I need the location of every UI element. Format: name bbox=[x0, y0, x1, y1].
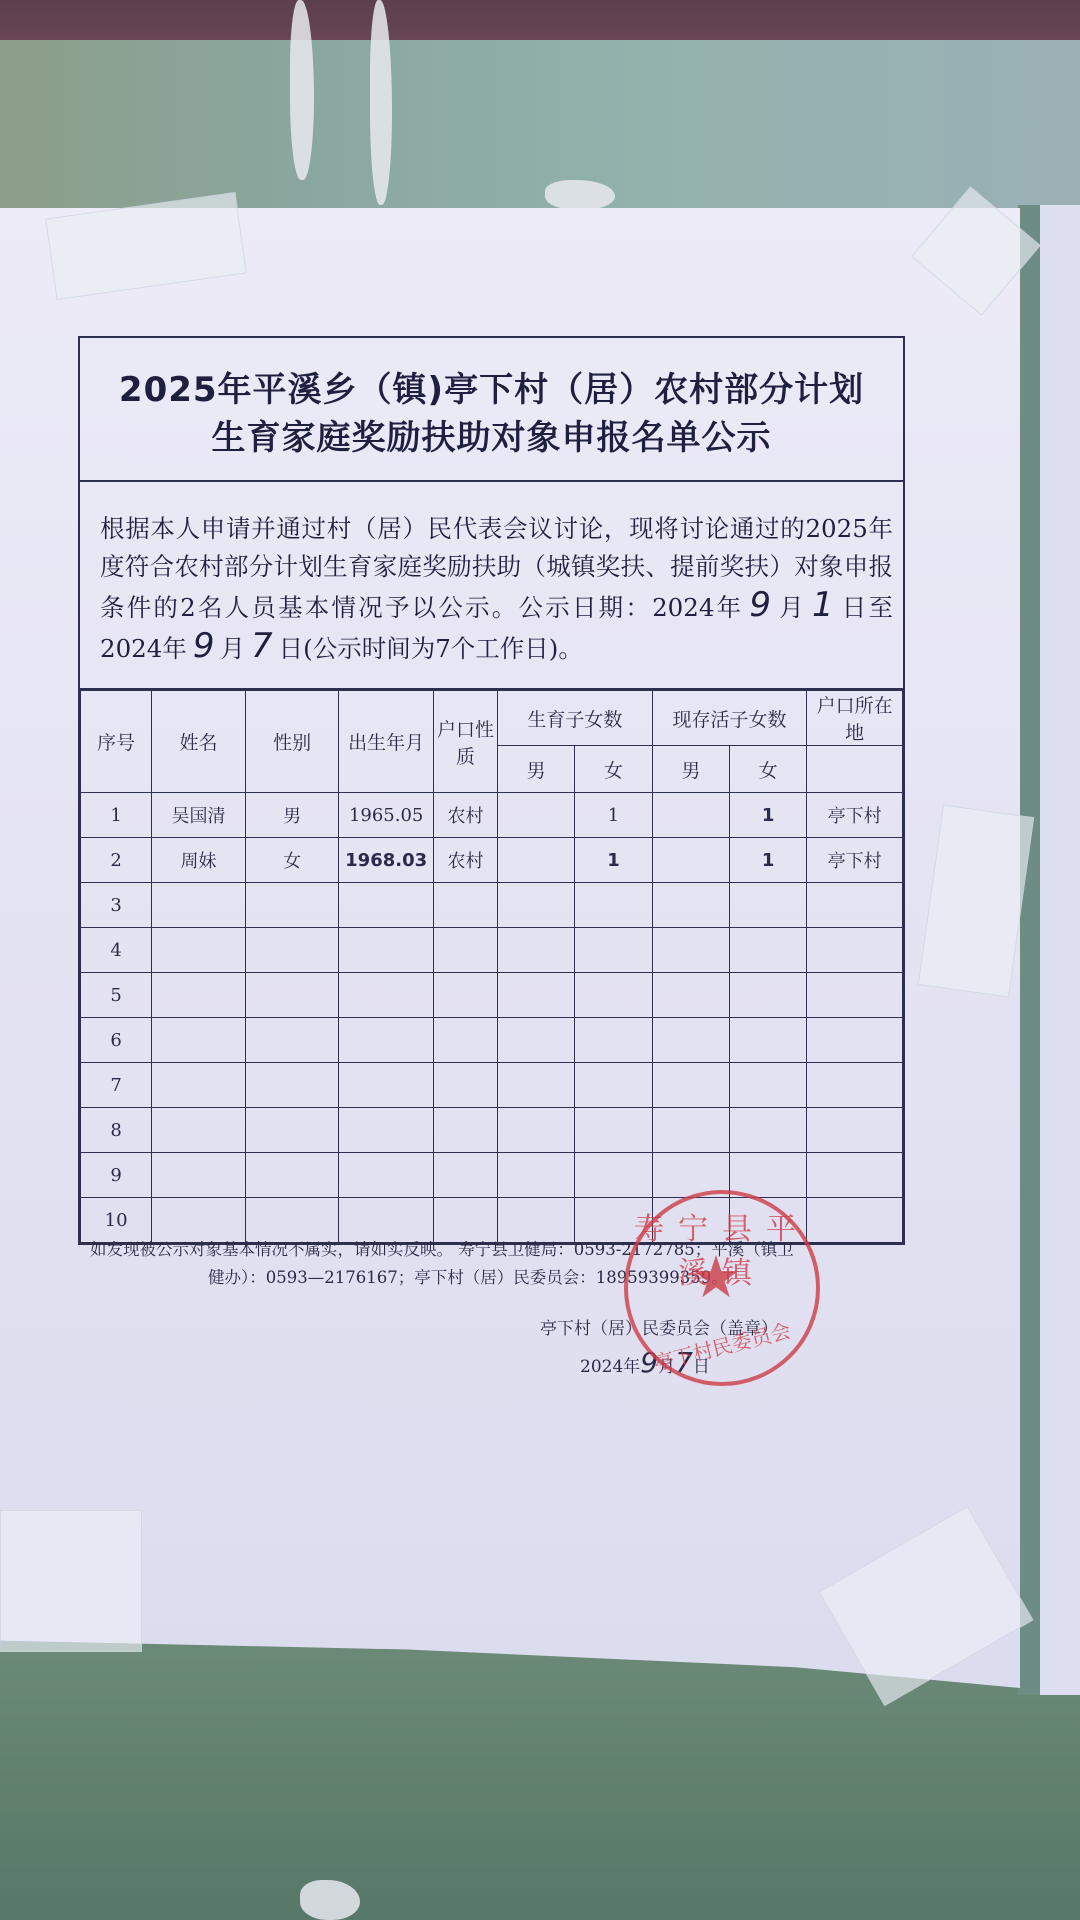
cell-name bbox=[152, 973, 246, 1018]
cell-born-female: 1 bbox=[575, 793, 652, 838]
handwritten-end-month: 9 bbox=[187, 626, 221, 666]
cell-gender bbox=[245, 1108, 339, 1153]
cell-hukou-type bbox=[433, 883, 497, 928]
header-born-male: 男 bbox=[498, 746, 575, 793]
cell-living-male bbox=[652, 793, 729, 838]
header-living-female: 女 bbox=[729, 746, 806, 793]
cell-living-male bbox=[652, 1108, 729, 1153]
header-living-male: 男 bbox=[652, 746, 729, 793]
cell-seq: 5 bbox=[81, 973, 152, 1018]
cell-born-male bbox=[498, 1018, 575, 1063]
header-born-female: 女 bbox=[575, 746, 652, 793]
cell-birth bbox=[339, 1108, 434, 1153]
intro-text: 日(公示时间为7个工作日)。 bbox=[279, 634, 583, 663]
header-seq: 序号 bbox=[81, 691, 152, 793]
cell-born-male bbox=[498, 928, 575, 973]
header-born-children: 生育子女数 bbox=[498, 691, 653, 746]
cell-location bbox=[807, 928, 903, 973]
cell-location bbox=[807, 1153, 903, 1198]
tape bbox=[0, 1510, 142, 1652]
table-row: 2周妹女1968.03农村11亭下村 bbox=[81, 838, 903, 883]
cell-hukou-type bbox=[433, 1108, 497, 1153]
cell-living-female: 1 bbox=[729, 793, 806, 838]
cell-location bbox=[807, 1108, 903, 1153]
cell-born-female bbox=[575, 883, 652, 928]
header-birth: 出生年月 bbox=[339, 691, 434, 793]
header-empty bbox=[807, 746, 903, 793]
cell-hukou-type bbox=[433, 1063, 497, 1108]
cell-birth bbox=[339, 1063, 434, 1108]
cell-seq: 2 bbox=[81, 838, 152, 883]
cell-born-male bbox=[498, 883, 575, 928]
header-hukou-type: 户口性质 bbox=[433, 691, 497, 793]
cell-birth bbox=[339, 1153, 434, 1198]
table-row: 5 bbox=[81, 973, 903, 1018]
cell-living-male bbox=[652, 1063, 729, 1108]
cell-name: 吴国清 bbox=[152, 793, 246, 838]
header-gender: 性别 bbox=[245, 691, 339, 793]
cell-hukou-type bbox=[433, 1153, 497, 1198]
cell-born-female bbox=[575, 973, 652, 1018]
cell-location bbox=[807, 1063, 903, 1108]
cell-location bbox=[807, 883, 903, 928]
cell-birth bbox=[339, 973, 434, 1018]
cell-birth: 1968.03 bbox=[339, 838, 434, 883]
cell-seq: 1 bbox=[81, 793, 152, 838]
cell-birth: 1965.05 bbox=[339, 793, 434, 838]
official-seal: 寿宁县平溪镇 ★ 亭下村民委员会 bbox=[624, 1190, 820, 1386]
cell-gender bbox=[245, 1153, 339, 1198]
cell-location bbox=[807, 973, 903, 1018]
notice-intro: 根据本人申请并通过村（居）民代表会议讨论，现将讨论通过的2025年度符合农村部分… bbox=[80, 482, 903, 690]
cell-hukou-type: 农村 bbox=[433, 793, 497, 838]
paint-peel bbox=[545, 180, 615, 210]
intro-text: 月 bbox=[221, 634, 246, 663]
cell-name: 周妹 bbox=[152, 838, 246, 883]
table-row: 6 bbox=[81, 1018, 903, 1063]
table-row: 8 bbox=[81, 1108, 903, 1153]
cell-gender bbox=[245, 973, 339, 1018]
cell-born-female bbox=[575, 928, 652, 973]
title-line-1: 2025年平溪乡（镇)亭下村（居）农村部分计划 bbox=[80, 366, 903, 414]
cell-born-female bbox=[575, 1063, 652, 1108]
cell-born-male bbox=[498, 1063, 575, 1108]
cell-gender bbox=[245, 883, 339, 928]
star-icon: ★ bbox=[690, 1248, 742, 1306]
cell-birth bbox=[339, 1018, 434, 1063]
cell-living-male bbox=[652, 883, 729, 928]
cell-birth bbox=[339, 928, 434, 973]
cell-location: 亭下村 bbox=[807, 838, 903, 883]
cell-gender bbox=[245, 1018, 339, 1063]
header-name: 姓名 bbox=[152, 691, 246, 793]
header-living-children: 现存活子女数 bbox=[652, 691, 807, 746]
cell-born-male bbox=[498, 973, 575, 1018]
adjacent-notice-paper bbox=[1040, 205, 1080, 1695]
cell-born-female bbox=[575, 1153, 652, 1198]
cell-name bbox=[152, 883, 246, 928]
cell-location: 亭下村 bbox=[807, 793, 903, 838]
table-row: 3 bbox=[81, 883, 903, 928]
cell-name bbox=[152, 1018, 246, 1063]
cell-gender bbox=[245, 1063, 339, 1108]
cell-hukou-type: 农村 bbox=[433, 838, 497, 883]
cell-born-female: 1 bbox=[575, 838, 652, 883]
table-row: 4 bbox=[81, 928, 903, 973]
cell-living-female bbox=[729, 883, 806, 928]
cell-living-female: 1 bbox=[729, 838, 806, 883]
cell-living-male bbox=[652, 973, 729, 1018]
cell-born-male bbox=[498, 793, 575, 838]
handwritten-end-day: 7 bbox=[245, 626, 279, 666]
cell-hukou-type bbox=[433, 928, 497, 973]
cell-living-male bbox=[652, 1018, 729, 1063]
cell-seq: 3 bbox=[81, 883, 152, 928]
cell-living-female bbox=[729, 1063, 806, 1108]
header-hukou-location: 户口所在地 bbox=[807, 691, 903, 746]
cell-living-male bbox=[652, 928, 729, 973]
cell-living-male bbox=[652, 838, 729, 883]
cell-seq: 6 bbox=[81, 1018, 152, 1063]
cell-living-female bbox=[729, 1108, 806, 1153]
cell-living-female bbox=[729, 928, 806, 973]
cell-born-male bbox=[498, 1108, 575, 1153]
cell-born-male bbox=[498, 1153, 575, 1198]
cell-born-male bbox=[498, 838, 575, 883]
cell-seq: 9 bbox=[81, 1153, 152, 1198]
cell-name bbox=[152, 1108, 246, 1153]
table-row: 7 bbox=[81, 1063, 903, 1108]
cell-gender: 男 bbox=[245, 793, 339, 838]
cell-gender bbox=[245, 928, 339, 973]
cell-hukou-type bbox=[433, 1018, 497, 1063]
cell-seq: 7 bbox=[81, 1063, 152, 1108]
cell-seq: 8 bbox=[81, 1108, 152, 1153]
cell-living-female bbox=[729, 1153, 806, 1198]
handwritten-start-month: 9 bbox=[743, 585, 777, 625]
cell-name bbox=[152, 1153, 246, 1198]
cell-name bbox=[152, 928, 246, 973]
notice-document: 2025年平溪乡（镇)亭下村（居）农村部分计划 生育家庭奖励扶助对象申报名单公示… bbox=[78, 336, 905, 1245]
cell-birth bbox=[339, 883, 434, 928]
title-line-2: 生育家庭奖励扶助对象申报名单公示 bbox=[80, 414, 903, 462]
cell-name bbox=[152, 1063, 246, 1108]
cell-born-female bbox=[575, 1108, 652, 1153]
table-body: 1吴国清男1965.05农村11亭下村2周妹女1968.03农村11亭下村345… bbox=[81, 793, 903, 1243]
cell-living-female bbox=[729, 973, 806, 1018]
handwritten-start-day: 1 bbox=[806, 585, 840, 625]
cell-hukou-type bbox=[433, 973, 497, 1018]
table-row: 9 bbox=[81, 1153, 903, 1198]
cell-living-female bbox=[729, 1018, 806, 1063]
board-post bbox=[1018, 205, 1040, 1695]
intro-text: 月 bbox=[777, 593, 806, 622]
applicant-table: 序号 姓名 性别 出生年月 户口性质 生育子女数 现存活子女数 户口所在地 男 … bbox=[80, 690, 903, 1243]
table-row: 1吴国清男1965.05农村11亭下村 bbox=[81, 793, 903, 838]
notice-title: 2025年平溪乡（镇)亭下村（居）农村部分计划 生育家庭奖励扶助对象申报名单公示 bbox=[80, 338, 903, 482]
cell-gender: 女 bbox=[245, 838, 339, 883]
cell-location bbox=[807, 1018, 903, 1063]
paint-peel bbox=[300, 1880, 360, 1920]
cell-seq: 4 bbox=[81, 928, 152, 973]
cell-born-female bbox=[575, 1018, 652, 1063]
